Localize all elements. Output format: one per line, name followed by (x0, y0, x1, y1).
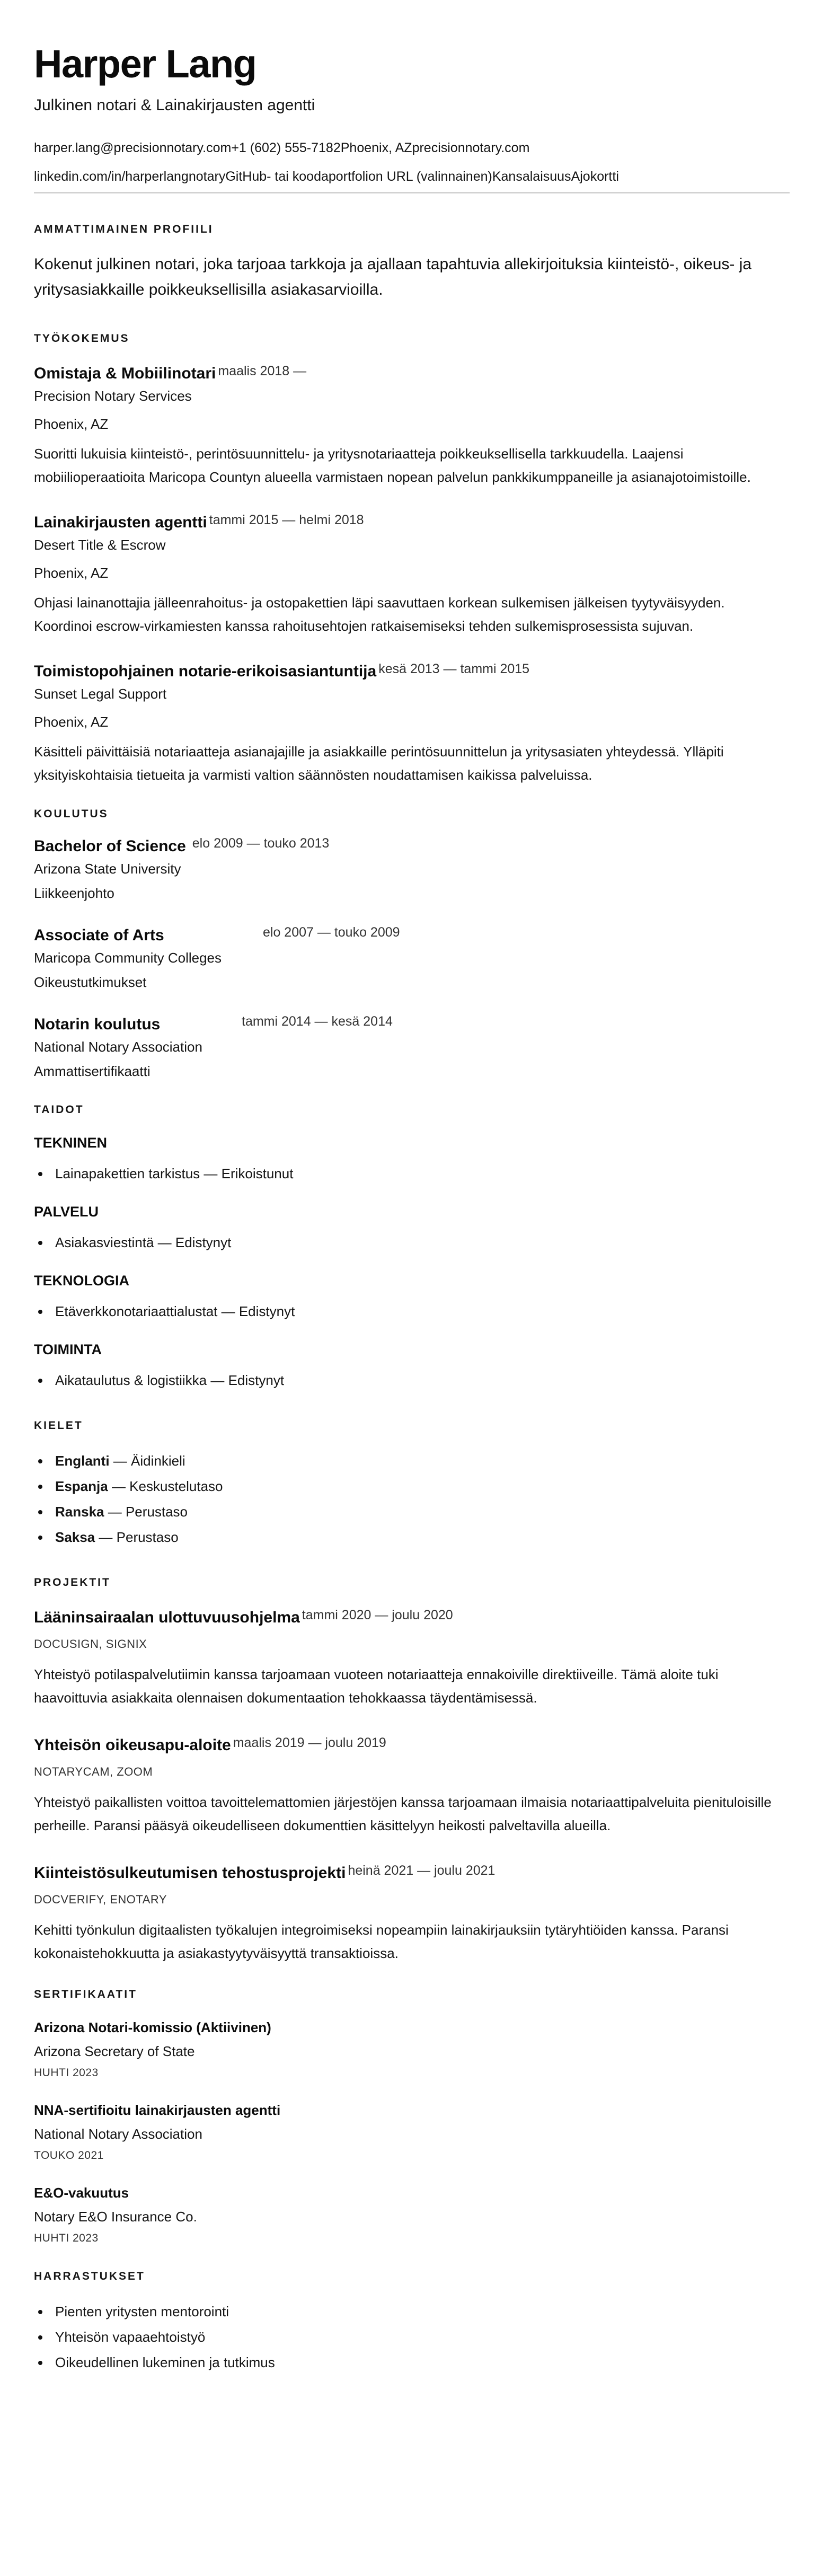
interest-item: Oikeudellinen lukeminen ja tutkimus (34, 2350, 780, 2375)
school-name: Arizona State University (34, 857, 780, 881)
languages-list: Englanti — ÄidinkieliEspanja — Keskustel… (34, 1448, 780, 1550)
section-heading-interests: Harrastukset (34, 2270, 780, 2283)
skill-category-heading: TEKNINEN (34, 1132, 780, 1153)
project-entry: Lääninsairaalan ulottuvuusohjelmatammi 2… (34, 1605, 780, 1709)
project-description: Yhteistyö potilaspalvelutiimin kanssa ta… (34, 1663, 786, 1709)
field-of-study: Liikkeenjohto (34, 881, 780, 905)
project-entry-header: Yhteisön oikeusapu-aloitemaalis 2019 — j… (34, 1733, 780, 1755)
language-level: Äidinkieli (131, 1453, 185, 1469)
skill-category-heading: TEKNOLOGIA (34, 1270, 780, 1291)
experience-entry: Toimistopohjainen notarie-erikoisasiantu… (34, 659, 780, 787)
language-name: Espanja (55, 1478, 108, 1494)
language-name: Saksa (55, 1529, 95, 1545)
education-section: Koulutus Bachelor of Scienceelo 2009 — t… (34, 808, 780, 1083)
skill-item: Aikataulutus & logistiikka — Edistynyt (34, 1368, 780, 1393)
candidate-title: Julkinen notari & Lainakirjausten agentt… (34, 96, 780, 114)
language-separator: — (108, 1478, 129, 1494)
email-link[interactable]: harper.lang@precisionnotary.com (34, 140, 231, 155)
language-item: Ranska — Perustaso (34, 1499, 780, 1524)
certification-issuer: National Notary Association (34, 2121, 780, 2147)
education-entry: Associate of Artselo 2007 — touko 2009Ma… (34, 925, 780, 994)
field-of-study: Oikeustutkimukset (34, 970, 780, 994)
project-description: Yhteistyö paikallisten voittoa tavoittel… (34, 1790, 786, 1837)
certification-date: huhti 2023 (34, 2065, 780, 2081)
portfolio-placeholder: GitHub- tai koodaportfolion URL (valinna… (225, 169, 492, 184)
job-title: Toimistopohjainen notarie-erikoisasiantu… (34, 663, 376, 680)
project-technologies: NotaryCam, Zoom (34, 1755, 780, 1788)
skill-category-heading: TOIMINTA (34, 1339, 780, 1360)
education-list: Bachelor of Scienceelo 2009 — touko 2013… (34, 836, 780, 1083)
education-dates: tammi 2014 — kesä 2014 (242, 1011, 393, 1031)
skill-list: Lainapakettien tarkistus — Erikoistunut (34, 1161, 780, 1186)
project-dates: heinä 2021 — joulu 2021 (348, 1863, 495, 1878)
company-name: Sunset Legal Support (34, 682, 780, 706)
certifications-list: Arizona Notari-komissio (Aktiivinen)Ariz… (34, 2017, 780, 2247)
contact-block: harper.lang@precisionnotary.com+1 (602) … (34, 134, 790, 193)
job-description: Käsitteli päivittäisiä notariaatteja asi… (34, 740, 786, 787)
job-location: Phoenix, AZ (34, 557, 780, 589)
contact-line-secondary: linkedin.com/in/harperlangnotaryGitHub- … (34, 162, 790, 191)
skills-section: Taidot TEKNINENLainapakettien tarkistus … (34, 1104, 780, 1393)
drivers-license-text: Ajokortti (571, 169, 619, 184)
experience-section: Työkokemus Omistaja & Mobiilinotarimaali… (34, 332, 780, 787)
certification-name: Arizona Notari-komissio (Aktiivinen) (34, 2017, 780, 2038)
experience-entry-header: Lainakirjausten agenttitammi 2015 — helm… (34, 510, 780, 533)
interests-list: Pienten yritysten mentorointiYhteisön va… (34, 2299, 780, 2375)
certification-issuer: Arizona Secretary of State (34, 2038, 780, 2065)
project-technologies: DocuSign, Signix (34, 1628, 780, 1661)
job-description: Suoritti lukuisia kiinteistö-, perintösu… (34, 442, 786, 489)
job-description: Ohjasi lainanottajia jälleenrahoitus- ja… (34, 591, 786, 638)
skill-list: Aikataulutus & logistiikka — Edistynyt (34, 1368, 780, 1393)
section-heading-projects: Projektit (34, 1576, 780, 1589)
experience-entry-header: Toimistopohjainen notarie-erikoisasiantu… (34, 659, 780, 682)
project-entry: Yhteisön oikeusapu-aloitemaalis 2019 — j… (34, 1733, 780, 1837)
job-title: Lainakirjausten agentti (34, 514, 207, 531)
candidate-name: Harper Lang (34, 43, 780, 85)
certification-issuer: Notary E&O Insurance Co. (34, 2203, 780, 2230)
section-heading-experience: Työkokemus (34, 332, 780, 345)
certification-date: huhti 2023 (34, 2230, 780, 2247)
language-separator: — (95, 1529, 116, 1545)
project-entry-header: Lääninsairaalan ulottuvuusohjelmatammi 2… (34, 1605, 780, 1628)
language-item: Saksa — Perustaso (34, 1524, 780, 1550)
resume-header: Harper Lang Julkinen notari & Lainakirja… (34, 43, 780, 193)
skill-list: Asiakasviestintä — Edistynyt (34, 1230, 780, 1255)
skill-item: Lainapakettien tarkistus — Erikoistunut (34, 1161, 780, 1186)
skill-item: Etäverkkonotariaattialustat — Edistynyt (34, 1299, 780, 1324)
project-dates: tammi 2020 — joulu 2020 (302, 1608, 453, 1622)
linkedin-link[interactable]: linkedin.com/in/harperlangnotary (34, 169, 225, 184)
education-dates: elo 2009 — touko 2013 (192, 833, 330, 853)
language-name: Ranska (55, 1504, 104, 1520)
skill-item: Asiakasviestintä — Edistynyt (34, 1230, 780, 1255)
certification-entry: NNA-sertifioitu lainakirjausten agenttiN… (34, 2099, 780, 2164)
job-dates: tammi 2015 — helmi 2018 (209, 513, 364, 527)
job-location: Phoenix, AZ (34, 408, 780, 440)
resume-page: Harper Lang Julkinen notari & Lainakirja… (0, 0, 814, 2418)
school-name: National Notary Association (34, 1035, 780, 1059)
certification-entry: Arizona Notari-komissio (Aktiivinen)Ariz… (34, 2017, 780, 2081)
experience-entry-header: Omistaja & Mobiilinotarimaalis 2018 — (34, 361, 780, 384)
location-text: Phoenix, AZ (341, 140, 412, 155)
experience-list: Omistaja & Mobiilinotarimaalis 2018 —Pre… (34, 361, 780, 787)
project-entry: Kiinteistösulkeutumisen tehostusprojekti… (34, 1860, 780, 1965)
skill-list: Etäverkkonotariaattialustat — Edistynyt (34, 1299, 780, 1324)
job-dates: kesä 2013 — tammi 2015 (378, 661, 529, 676)
project-entry-header: Kiinteistösulkeutumisen tehostusprojekti… (34, 1860, 780, 1883)
skill-category-heading: PALVELU (34, 1201, 780, 1222)
language-level: Perustaso (117, 1529, 179, 1545)
education-entry-header: Bachelor of Scienceelo 2009 — touko 2013 (34, 836, 780, 857)
certification-date: touko 2021 (34, 2147, 780, 2164)
project-technologies: DocVerify, eNotary (34, 1883, 780, 1916)
section-heading-languages: Kielet (34, 1419, 780, 1432)
certification-name: NNA-sertifioitu lainakirjausten agentti (34, 2099, 780, 2121)
languages-section: Kielet Englanti — ÄidinkieliEspanja — Ke… (34, 1419, 780, 1550)
degree-name: Associate of Arts (34, 925, 256, 946)
contact-line-primary: harper.lang@precisionnotary.com+1 (602) … (34, 134, 790, 162)
skills-list: TEKNINENLainapakettien tarkistus — Eriko… (34, 1132, 780, 1393)
certification-entry: E&O-vakuutusNotary E&O Insurance Co.huht… (34, 2182, 780, 2247)
experience-entry: Lainakirjausten agenttitammi 2015 — helm… (34, 510, 780, 638)
projects-section: Projektit Lääninsairaalan ulottuvuusohje… (34, 1576, 780, 1965)
project-title: Kiinteistösulkeutumisen tehostusprojekti (34, 1864, 346, 1882)
field-of-study: Ammattisertifikaatti (34, 1059, 780, 1083)
project-description: Kehitti työnkulun digitaalisten työkaluj… (34, 1918, 786, 1965)
interest-item: Yhteisön vapaaehtoistyö (34, 2324, 780, 2350)
education-entry: Notarin koulutustammi 2014 — kesä 2014Na… (34, 1014, 780, 1083)
school-name: Maricopa Community Colleges (34, 946, 780, 970)
company-name: Precision Notary Services (34, 384, 780, 408)
language-level: Keskustelutaso (129, 1478, 223, 1494)
certifications-section: Sertifikaatit Arizona Notari-komissio (A… (34, 1988, 780, 2247)
phone-link[interactable]: +1 (602) 555-7182 (231, 140, 340, 155)
company-name: Desert Title & Escrow (34, 533, 780, 557)
language-level: Perustaso (126, 1504, 188, 1520)
education-dates: elo 2007 — touko 2009 (263, 922, 400, 942)
language-separator: — (110, 1453, 131, 1469)
section-heading-skills: Taidot (34, 1104, 780, 1116)
job-dates: maalis 2018 — (218, 364, 306, 378)
profile-section: Ammattimainen profiili Kokenut julkinen … (34, 223, 780, 303)
profile-summary: Kokenut julkinen notari, joka tarjoaa ta… (34, 252, 780, 303)
job-title: Omistaja & Mobiilinotari (34, 365, 216, 382)
section-heading-certifications: Sertifikaatit (34, 1988, 780, 2001)
language-separator: — (104, 1504, 126, 1520)
project-title: Lääninsairaalan ulottuvuusohjelma (34, 1609, 300, 1626)
language-item: Englanti — Äidinkieli (34, 1448, 780, 1474)
project-title: Yhteisön oikeusapu-aloite (34, 1736, 231, 1754)
degree-name: Bachelor of Science (34, 836, 186, 857)
project-dates: maalis 2019 — joulu 2019 (233, 1735, 386, 1750)
certification-name: E&O-vakuutus (34, 2182, 780, 2203)
education-entry-header: Notarin koulutustammi 2014 — kesä 2014 (34, 1014, 780, 1035)
interest-item: Pienten yritysten mentorointi (34, 2299, 780, 2324)
interests-section: Harrastukset Pienten yritysten mentoroin… (34, 2270, 780, 2375)
section-heading-education: Koulutus (34, 808, 780, 821)
language-item: Espanja — Keskustelutaso (34, 1474, 780, 1499)
experience-entry: Omistaja & Mobiilinotarimaalis 2018 —Pre… (34, 361, 780, 489)
job-location: Phoenix, AZ (34, 706, 780, 738)
language-name: Englanti (55, 1453, 110, 1469)
degree-name: Notarin koulutus (34, 1014, 235, 1035)
section-heading-profile: Ammattimainen profiili (34, 223, 780, 236)
website-link[interactable]: precisionnotary.com (412, 140, 530, 155)
education-entry-header: Associate of Artselo 2007 — touko 2009 (34, 925, 780, 946)
citizenship-text: Kansalaisuus (492, 169, 571, 184)
education-entry: Bachelor of Scienceelo 2009 — touko 2013… (34, 836, 780, 905)
projects-list: Lääninsairaalan ulottuvuusohjelmatammi 2… (34, 1605, 780, 1965)
